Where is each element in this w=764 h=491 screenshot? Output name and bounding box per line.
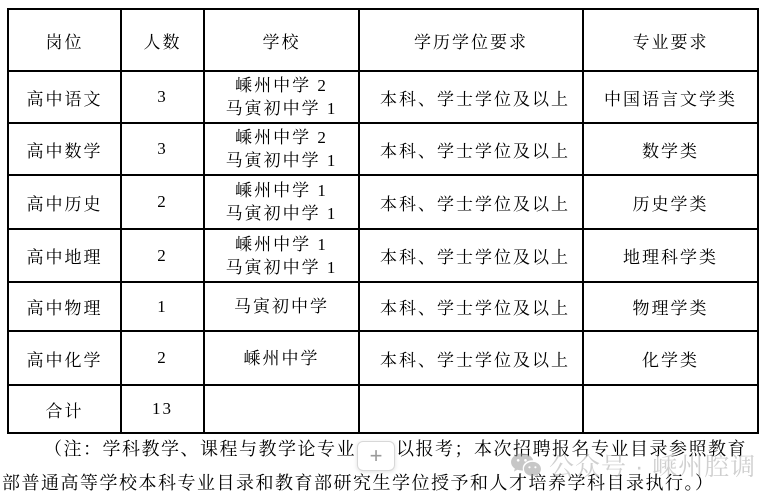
school-line: 嵊州中学 1 — [205, 233, 358, 256]
cell-school: 嵊州中学 1 马寅初中学 1 — [204, 175, 359, 229]
cell-requirement: 本科、学士学位及以上 — [359, 123, 583, 175]
table-row: 高中语文 3 嵊州中学 2 马寅初中学 1 本科、学士学位及以上 中国语言文学类 — [8, 71, 758, 123]
table-row: 高中物理 1 马寅初中学 本科、学士学位及以上 物理学类 — [8, 282, 758, 331]
table-row: 高中地理 2 嵊州中学 1 马寅初中学 1 本科、学士学位及以上 地理科学类 — [8, 229, 758, 282]
school-line: 嵊州中学 — [205, 347, 358, 370]
cell-major: 物理学类 — [583, 282, 758, 331]
cell-position: 高中历史 — [8, 175, 121, 229]
cell-requirement: 本科、学士学位及以上 — [359, 282, 583, 331]
table-row: 高中数学 3 嵊州中学 2 马寅初中学 1 本科、学士学位及以上 数学类 — [8, 123, 758, 175]
total-count: 13 — [121, 385, 204, 433]
footnote-text-after: 以报考；本次招聘报名专业目录参照教育 — [396, 439, 747, 459]
total-empty-school — [204, 385, 359, 433]
cell-major: 数学类 — [583, 123, 758, 175]
footnote-line-2: 部普通高等学校本科专业目录和教育部研究生学位授予和人才培养学科目录执行。） — [0, 471, 764, 491]
cell-position: 高中数学 — [8, 123, 121, 175]
header-requirement: 学历学位要求 — [359, 9, 583, 71]
table-total-row: 合计 13 — [8, 385, 758, 433]
cell-school: 嵊州中学 2 马寅初中学 1 — [204, 71, 359, 123]
header-position: 岗位 — [8, 9, 121, 71]
header-school: 学校 — [204, 9, 359, 71]
school-line: 马寅初中学 1 — [205, 149, 358, 172]
cell-school: 马寅初中学 — [204, 282, 359, 331]
school-line: 嵊州中学 2 — [205, 74, 358, 97]
cell-position: 高中化学 — [8, 331, 121, 385]
school-line: 嵊州中学 1 — [205, 179, 358, 202]
cell-requirement: 本科、学士学位及以上 — [359, 229, 583, 282]
cell-count: 2 — [121, 331, 204, 385]
table-row: 高中化学 2 嵊州中学 本科、学士学位及以上 化学类 — [8, 331, 758, 385]
cell-major: 历史学类 — [583, 175, 758, 229]
total-empty-major — [583, 385, 758, 433]
school-line: 马寅初中学 1 — [205, 202, 358, 225]
school-line: 马寅初中学 1 — [205, 97, 358, 120]
cell-count: 2 — [121, 175, 204, 229]
school-line: 马寅初中学 1 — [205, 256, 358, 279]
cell-position: 高中物理 — [8, 282, 121, 331]
cell-position: 高中地理 — [8, 229, 121, 282]
footnote: （注：学科教学、课程与教学论专业+以报考；本次招聘报名专业目录参照教育 部普通高… — [0, 437, 764, 491]
cell-school: 嵊州中学 — [204, 331, 359, 385]
cell-major: 化学类 — [583, 331, 758, 385]
table-row: 高中历史 2 嵊州中学 1 马寅初中学 1 本科、学士学位及以上 历史学类 — [8, 175, 758, 229]
footnote-text-before: （注：学科教学、课程与教学论专业 — [44, 439, 356, 459]
cell-school: 嵊州中学 2 马寅初中学 1 — [204, 123, 359, 175]
expand-plus-button[interactable]: + — [357, 441, 395, 471]
cell-requirement: 本科、学士学位及以上 — [359, 331, 583, 385]
cell-count: 3 — [121, 71, 204, 123]
cell-count: 1 — [121, 282, 204, 331]
cell-requirement: 本科、学士学位及以上 — [359, 175, 583, 229]
total-label: 合计 — [8, 385, 121, 433]
cell-count: 3 — [121, 123, 204, 175]
cell-school: 嵊州中学 1 马寅初中学 1 — [204, 229, 359, 282]
cell-count: 2 — [121, 229, 204, 282]
footnote-line-1: （注：学科教学、课程与教学论专业+以报考；本次招聘报名专业目录参照教育 — [0, 437, 764, 471]
cell-major: 地理科学类 — [583, 229, 758, 282]
recruitment-table: 岗位 人数 学校 学历学位要求 专业要求 高中语文 3 嵊州中学 2 马寅初中学… — [7, 8, 759, 434]
school-line: 嵊州中学 2 — [205, 126, 358, 149]
cell-position: 高中语文 — [8, 71, 121, 123]
cell-requirement: 本科、学士学位及以上 — [359, 71, 583, 123]
cell-major: 中国语言文学类 — [583, 71, 758, 123]
header-count: 人数 — [121, 9, 204, 71]
total-empty-requirement — [359, 385, 583, 433]
school-line: 马寅初中学 — [205, 295, 358, 318]
table-header-row: 岗位 人数 学校 学历学位要求 专业要求 — [8, 9, 758, 71]
header-major: 专业要求 — [583, 9, 758, 71]
page: 岗位 人数 学校 学历学位要求 专业要求 高中语文 3 嵊州中学 2 马寅初中学… — [0, 0, 764, 491]
